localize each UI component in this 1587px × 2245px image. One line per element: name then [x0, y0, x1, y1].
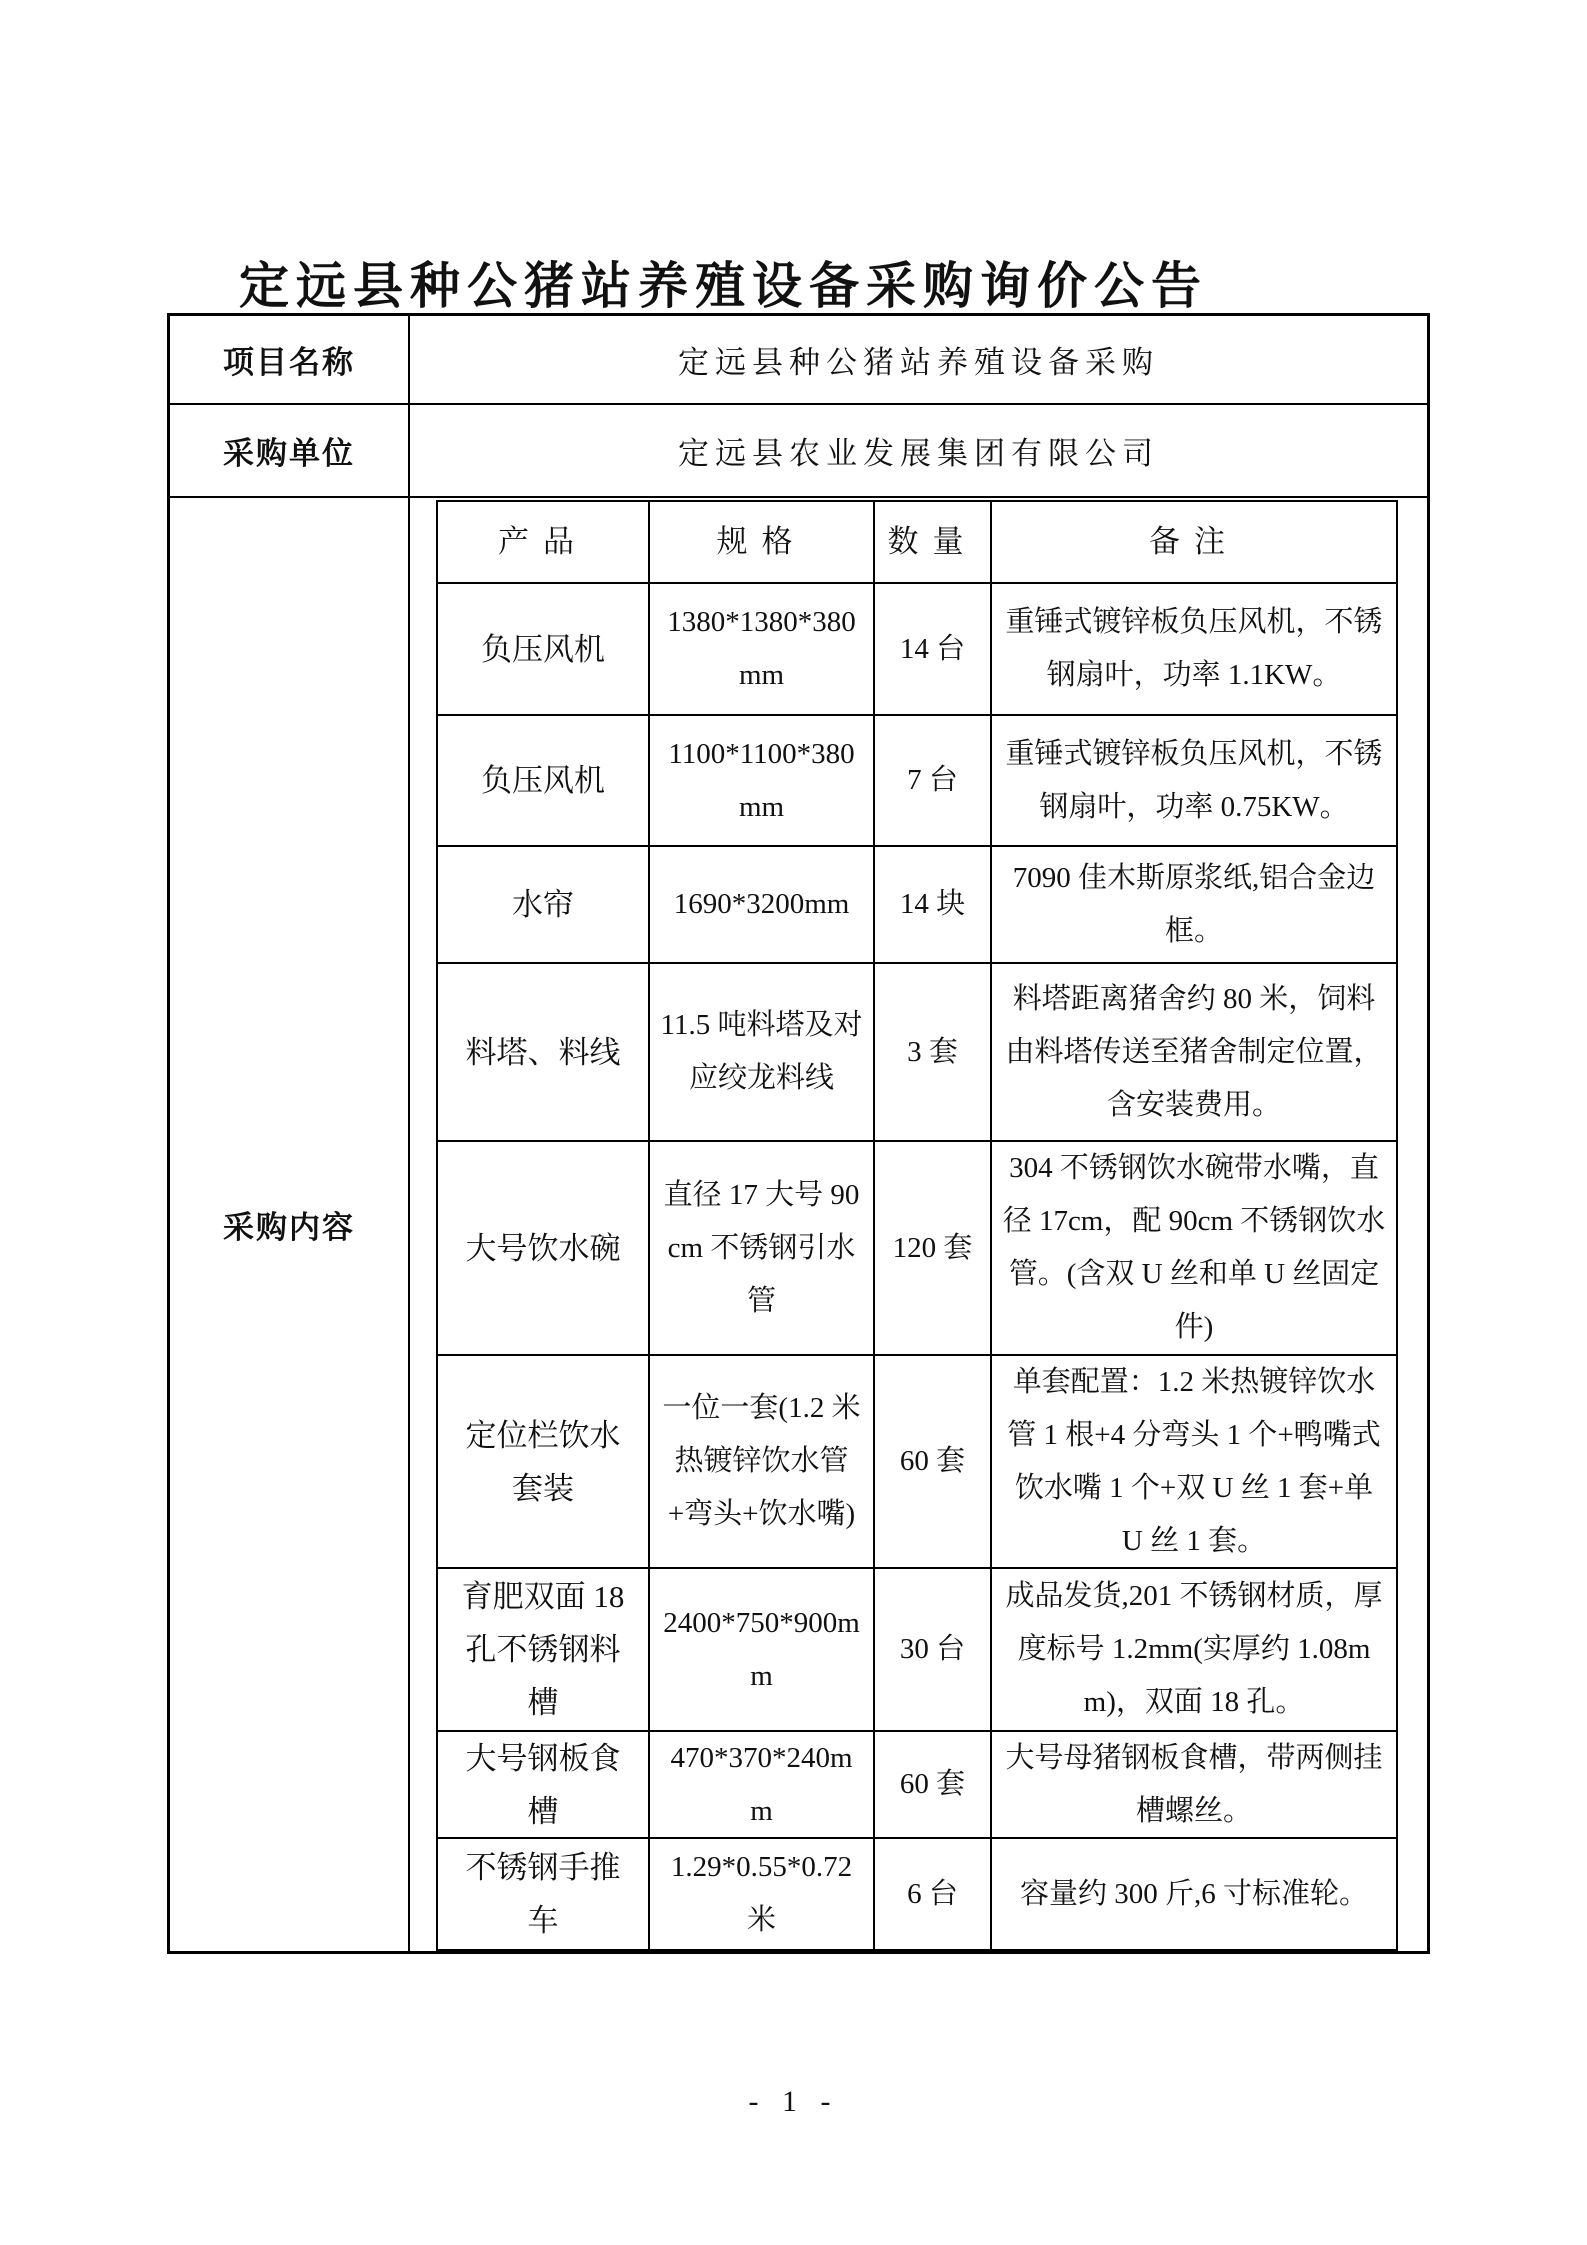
page-number: - 1 - [0, 2085, 1587, 2119]
product-cell: 负压风机 [438, 584, 650, 714]
product-cell: 负压风机 [438, 716, 650, 845]
spec-cell: 1.29*0.55*0.72 米 [650, 1839, 875, 1949]
remark-cell: 料塔距离猪舍约 80 米，饲料由料塔传送至猪舍制定位置，含安装费用。 [992, 964, 1396, 1140]
table-row: 定位栏饮水套装 一位一套(1.2 米热镀锌饮水管+弯头+饮水嘴) 60 套 单套… [438, 1356, 1396, 1569]
qty-cell: 120 套 [875, 1142, 992, 1354]
purchaser-row: 采购单位 定远县农业发展集团有限公司 [170, 405, 1427, 498]
table-row: 负压风机 1100*1100*380mm 7 台 重锤式镀锌板负压风机，不锈钢扇… [438, 716, 1396, 847]
remark-column-header: 备注 [992, 502, 1396, 582]
product-cell: 不锈钢手推车 [438, 1839, 650, 1949]
qty-cell: 60 套 [875, 1732, 992, 1837]
remark-cell: 304 不锈钢饮水碗带水嘴，直径 17cm，配 90cm 不锈钢饮水管。(含双 … [992, 1142, 1396, 1354]
remark-cell: 重锤式镀锌板负压风机，不锈钢扇叶，功率 0.75KW。 [992, 716, 1396, 845]
spec-cell: 2400*750*900mm [650, 1569, 875, 1730]
spec-cell: 1380*1380*380mm [650, 584, 875, 714]
qty-cell: 3 套 [875, 964, 992, 1140]
remark-cell: 大号母猪钢板食槽，带两侧挂槽螺丝。 [992, 1732, 1396, 1837]
qty-cell: 7 台 [875, 716, 992, 845]
remark-cell: 重锤式镀锌板负压风机，不锈钢扇叶，功率 1.1KW。 [992, 584, 1396, 714]
product-cell: 水帘 [438, 847, 650, 962]
spec-cell: 470*370*240mm [650, 1732, 875, 1837]
table-row: 育肥双面 18 孔不锈钢料槽 2400*750*900mm 30 台 成品发货,… [438, 1569, 1396, 1732]
spec-cell: 11.5 吨料塔及对应绞龙料线 [650, 964, 875, 1140]
project-name-value: 定远县种公猪站养殖设备采购 [410, 316, 1427, 403]
table-row: 水帘 1690*3200mm 14 块 7090 佳木斯原浆纸,铝合金边框。 [438, 847, 1396, 964]
items-table: 产品 规格 数量 备注 负压风机 1380*1380*380mm 14 台 重锤… [436, 500, 1398, 1951]
spec-cell: 1690*3200mm [650, 847, 875, 962]
table-row: 大号饮水碗 直径 17 大号 90cm 不锈钢引水管 120 套 304 不锈钢… [438, 1142, 1396, 1356]
qty-cell: 14 块 [875, 847, 992, 962]
spec-cell: 一位一套(1.2 米热镀锌饮水管+弯头+饮水嘴) [650, 1356, 875, 1567]
procurement-content-row: 采购内容 产品 规格 数量 备注 负压风机 1380*1380*380mm 14… [170, 498, 1427, 1951]
qty-cell: 14 台 [875, 584, 992, 714]
product-cell: 育肥双面 18 孔不锈钢料槽 [438, 1569, 650, 1730]
procurement-info-table: 项目名称 定远县种公猪站养殖设备采购 采购单位 定远县农业发展集团有限公司 采购… [167, 313, 1430, 1954]
spec-cell: 1100*1100*380mm [650, 716, 875, 845]
items-table-header-row: 产品 规格 数量 备注 [438, 502, 1396, 584]
page-title: 定远县种公猪站养殖设备采购询价公告 [0, 246, 1587, 318]
product-cell: 大号钢板食槽 [438, 1732, 650, 1837]
project-name-label: 项目名称 [170, 316, 410, 403]
purchaser-value: 定远县农业发展集团有限公司 [410, 405, 1427, 496]
spec-column-header: 规格 [650, 502, 875, 582]
product-cell: 料塔、料线 [438, 964, 650, 1140]
procurement-content-label: 采购内容 [170, 498, 410, 1951]
project-name-row: 项目名称 定远县种公猪站养殖设备采购 [170, 316, 1427, 405]
table-row: 大号钢板食槽 470*370*240mm 60 套 大号母猪钢板食槽，带两侧挂槽… [438, 1732, 1396, 1839]
qty-cell: 30 台 [875, 1569, 992, 1730]
remark-cell: 单套配置：1.2 米热镀锌饮水管 1 根+4 分弯头 1 个+鸭嘴式饮水嘴 1 … [992, 1356, 1396, 1567]
remark-cell: 成品发货,201 不锈钢材质，厚度标号 1.2mm(实厚约 1.08mm)，双面… [992, 1569, 1396, 1730]
document-page: { "doc": { "title": "定远县种公猪站养殖设备采购询价公告",… [0, 0, 1587, 2245]
table-row: 不锈钢手推车 1.29*0.55*0.72 米 6 台 容量约 300 斤,6 … [438, 1839, 1396, 1949]
spec-cell: 直径 17 大号 90cm 不锈钢引水管 [650, 1142, 875, 1354]
product-cell: 定位栏饮水套装 [438, 1356, 650, 1567]
purchaser-label: 采购单位 [170, 405, 410, 496]
qty-cell: 6 台 [875, 1839, 992, 1949]
qty-cell: 60 套 [875, 1356, 992, 1567]
procurement-content-cell: 产品 规格 数量 备注 负压风机 1380*1380*380mm 14 台 重锤… [410, 498, 1427, 1951]
table-row: 负压风机 1380*1380*380mm 14 台 重锤式镀锌板负压风机，不锈钢… [438, 584, 1396, 716]
table-row: 料塔、料线 11.5 吨料塔及对应绞龙料线 3 套 料塔距离猪舍约 80 米，饲… [438, 964, 1396, 1142]
remark-cell: 7090 佳木斯原浆纸,铝合金边框。 [992, 847, 1396, 962]
qty-column-header: 数量 [875, 502, 992, 582]
product-cell: 大号饮水碗 [438, 1142, 650, 1354]
product-column-header: 产品 [438, 502, 650, 582]
remark-cell: 容量约 300 斤,6 寸标准轮。 [992, 1839, 1396, 1949]
